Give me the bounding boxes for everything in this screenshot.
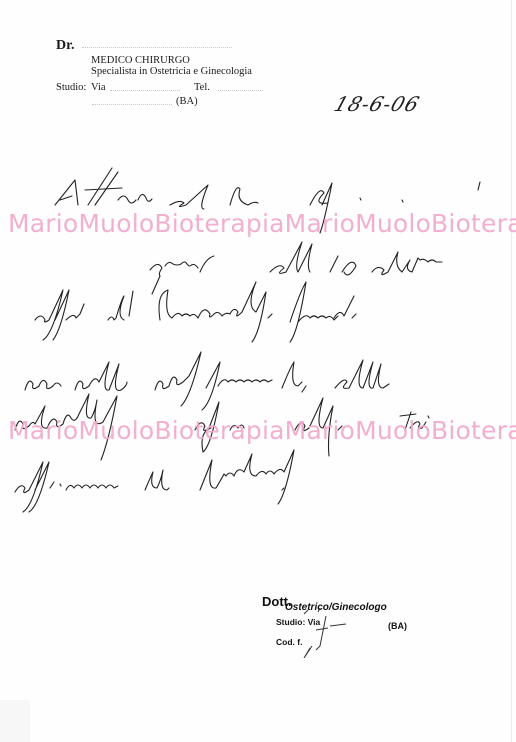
handwritten-line: applicazioni di bioterapia. — [9, 470, 443, 500]
redacted-phone — [218, 90, 263, 93]
redacted-address — [110, 90, 180, 93]
handwritten-line: un netto miglioramento della — [17, 368, 467, 398]
scanned-document-page: Dr. MEDICO CHIRURGO Specialista in Ostet… — [0, 0, 516, 742]
doctor-title: Dr. — [56, 38, 75, 54]
studio-label: Studio: — [56, 82, 86, 94]
page-edge-shadow — [0, 700, 30, 742]
handwritten-date: 18-6-06 — [331, 92, 423, 116]
watermark: MarioMuoloBioterapiaMarioMuoloBioterapia — [8, 418, 516, 444]
handwritten-line: gravida alla 16 settima- — [135, 250, 516, 280]
watermark: MarioMuoloBioterapiaMarioMuoloBioterapia — [8, 211, 516, 237]
page-edge — [511, 0, 512, 742]
city-province: (BA) — [176, 96, 198, 108]
signature-mark — [296, 608, 356, 658]
doctor-specialty: Specialista in Ostetricia e Ginecologia — [91, 66, 252, 78]
redacted-doctor-name — [82, 47, 232, 50]
stamp-province: (BA) — [388, 621, 407, 631]
redacted-city — [92, 104, 172, 107]
phone-label: Tel. — [194, 82, 210, 94]
handwritten-line: affetta da lombosciatalgia presenta — [25, 300, 516, 330]
studio-address-prefix: Via — [91, 82, 106, 94]
